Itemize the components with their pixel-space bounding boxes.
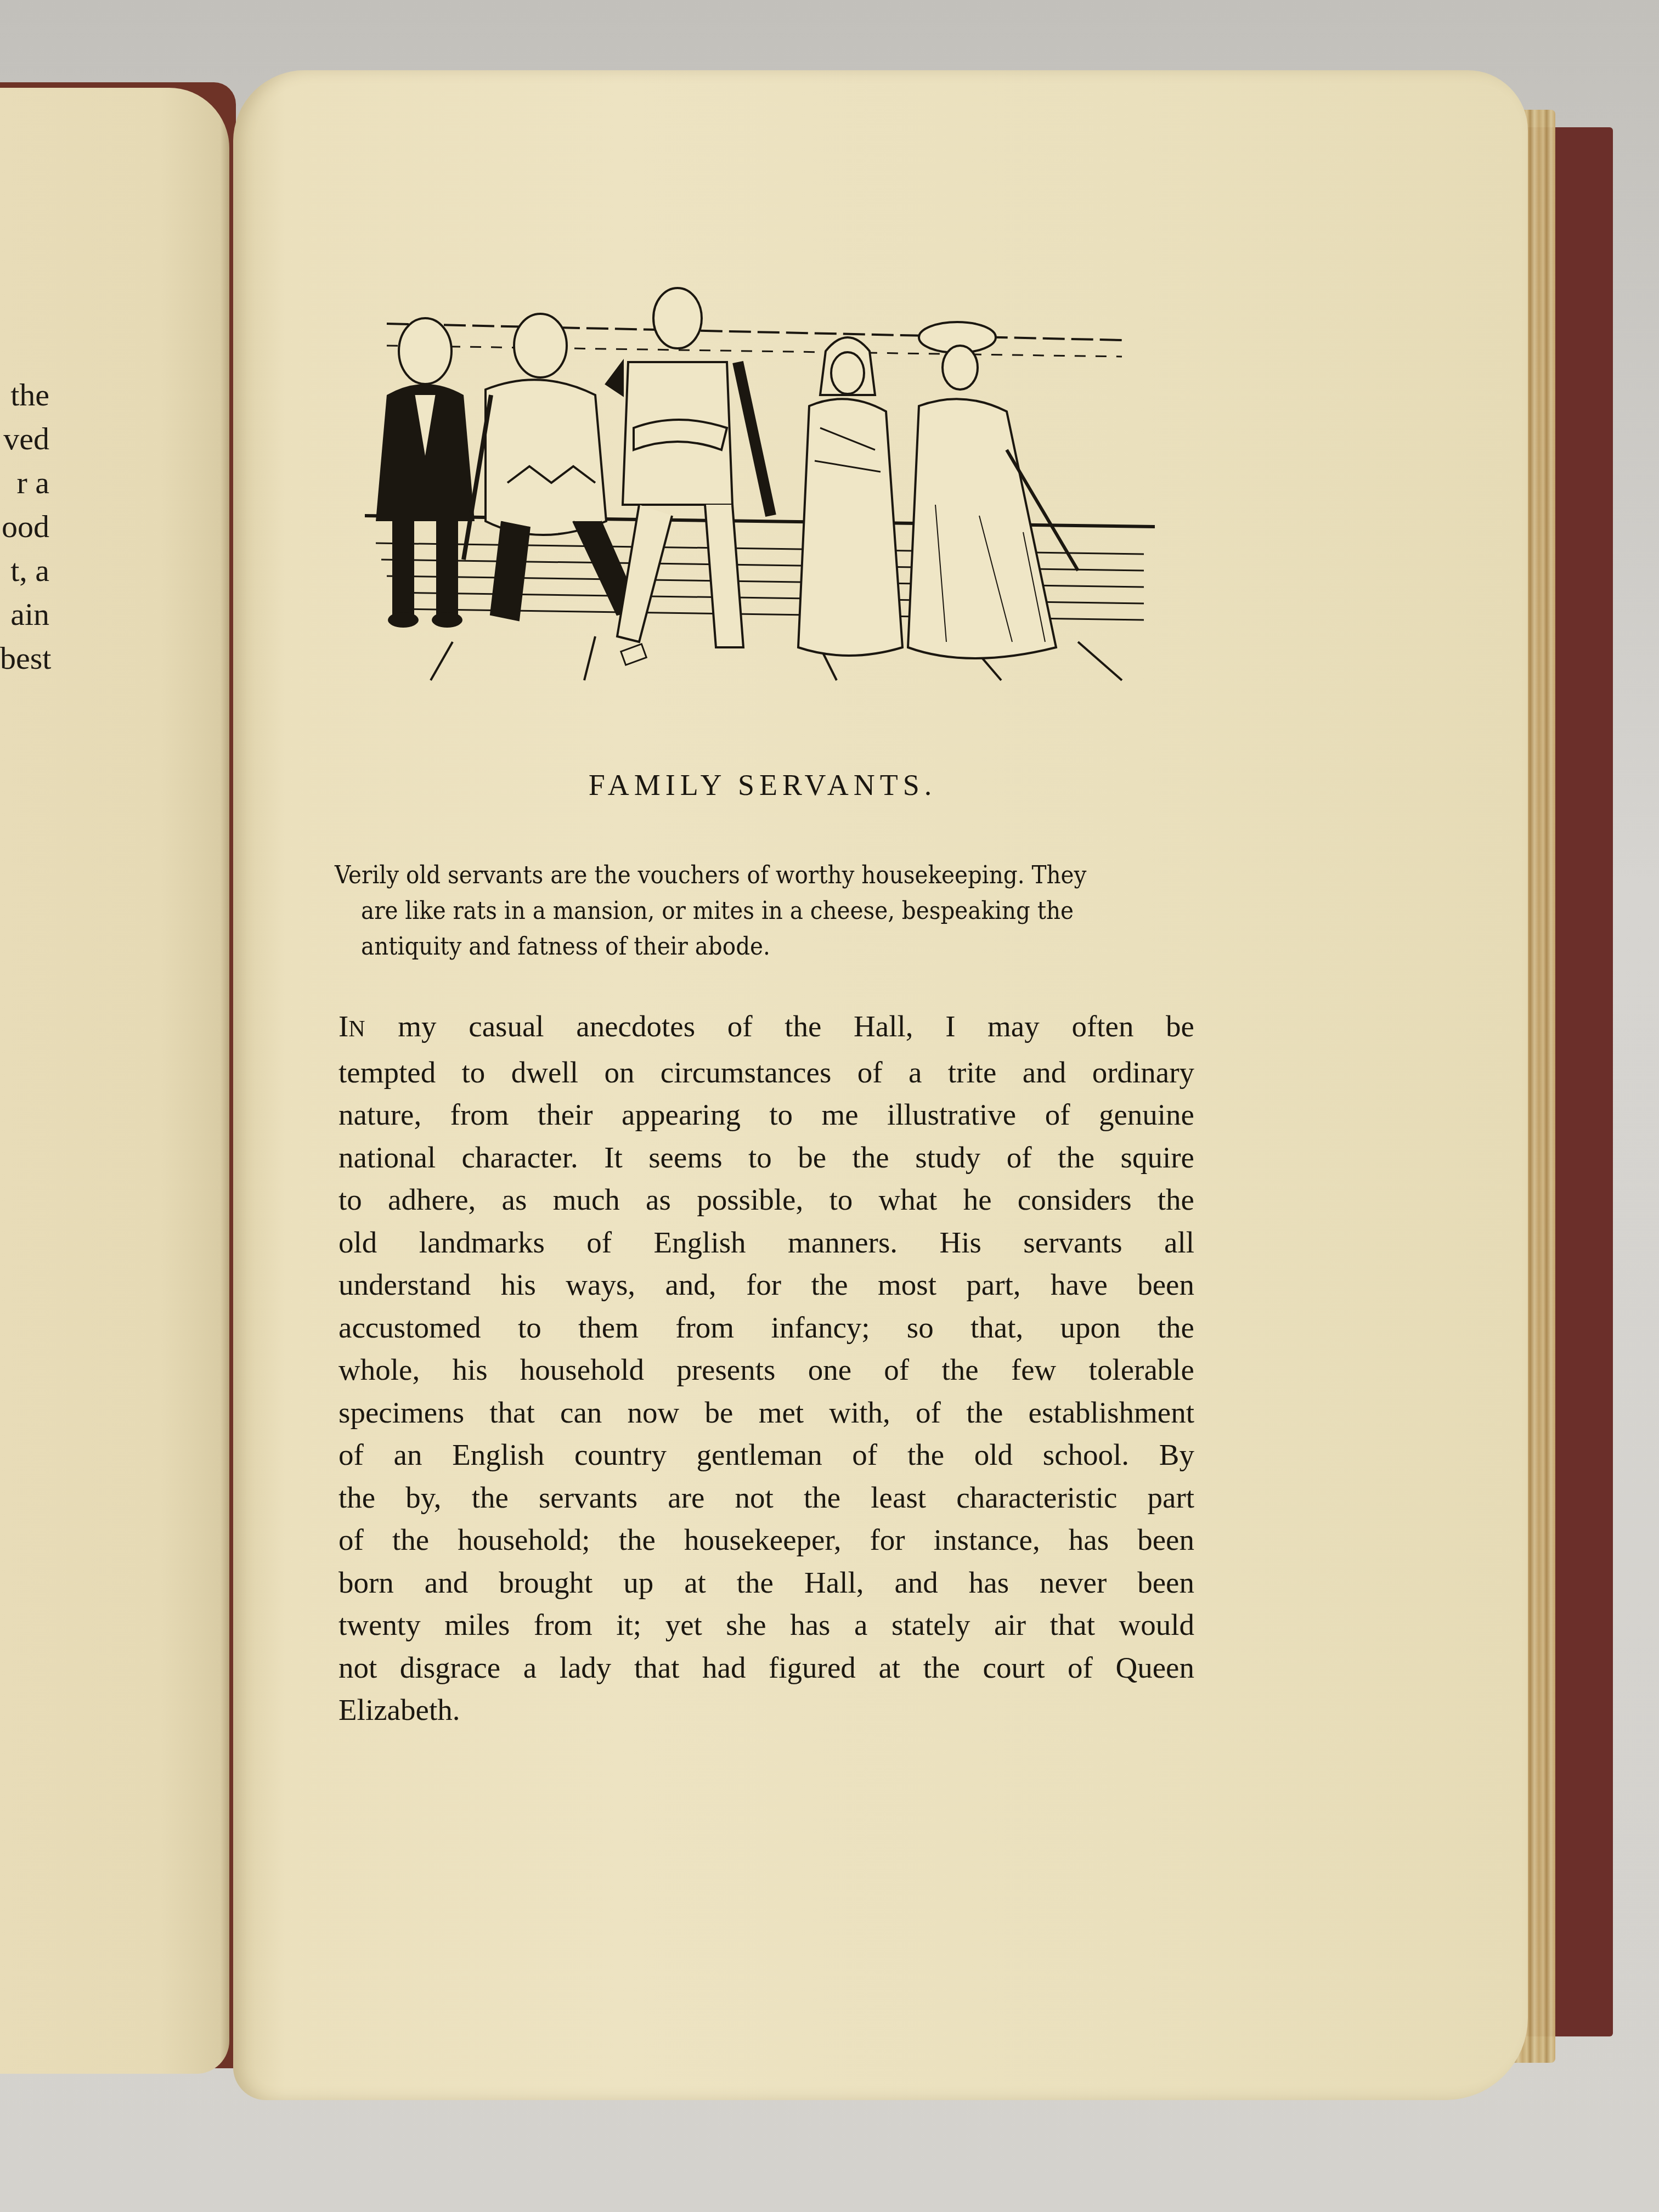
left-fragment: ain: [0, 592, 49, 636]
left-fragment: best: [0, 636, 49, 680]
left-fragment: t, a: [0, 549, 49, 592]
left-fragment: ved: [0, 417, 49, 461]
body-line: old landmarks of English manners. His se…: [338, 1221, 1194, 1264]
left-fragment: the: [0, 373, 49, 417]
left-page: the ved r a ood t, a ain best: [0, 88, 229, 2074]
body-line: national character. It seems to be the s…: [338, 1136, 1194, 1179]
body-line: understand his ways, and, for the most p…: [338, 1263, 1194, 1306]
first-line-text: my casual anecdotes of the Hall, I may o…: [366, 1009, 1194, 1043]
epigraph-line: Verily old servants are the vouchers of …: [335, 857, 1185, 893]
chapter-title: FAMILY SERVANTS.: [318, 768, 1207, 802]
epigraph-line: antiquity and fatness of their abode.: [335, 928, 1185, 964]
body-line: the by, the servants are not the least c…: [338, 1476, 1194, 1519]
body-line: accustomed to them from infancy; so that…: [338, 1306, 1194, 1349]
smallcap-letter: N: [348, 1017, 365, 1042]
engraving-illustration: [365, 285, 1155, 686]
epigraph-quote: Verily old servants are the vouchers of …: [335, 857, 1185, 964]
body-line: to adhere, as much as possible, to what …: [338, 1178, 1194, 1221]
drop-initial: I: [338, 1009, 348, 1043]
body-line: not disgrace a lady that had figured at …: [338, 1646, 1194, 1689]
body-line: twenty miles from it; yet she has a stat…: [338, 1604, 1194, 1646]
body-line: of an English country gentleman of the o…: [338, 1434, 1194, 1476]
body-line: whole, his household presents one of the…: [338, 1348, 1194, 1391]
body-line: specimens that can now be met with, of t…: [338, 1391, 1194, 1434]
body-line: nature, from their appearing to me illus…: [338, 1093, 1194, 1136]
left-fragment: ood: [0, 505, 49, 549]
body-line-first: IN my casual anecdotes of the Hall, I ma…: [338, 1005, 1194, 1051]
body-line-last: Elizabeth.: [338, 1689, 1194, 1731]
left-page-text-fragments: the ved r a ood t, a ain best: [0, 373, 49, 680]
left-fragment: r a: [0, 461, 49, 505]
body-line: tempted to dwell on circumstances of a t…: [338, 1051, 1194, 1094]
body-paragraph: IN my casual anecdotes of the Hall, I ma…: [338, 1005, 1194, 1731]
engraving-icon: [365, 285, 1155, 686]
epigraph-line: are like rats in a mansion, or mites in …: [335, 893, 1185, 928]
body-line: born and brought up at the Hall, and has…: [338, 1561, 1194, 1604]
body-line: of the household; the housekeeper, for i…: [338, 1519, 1194, 1561]
